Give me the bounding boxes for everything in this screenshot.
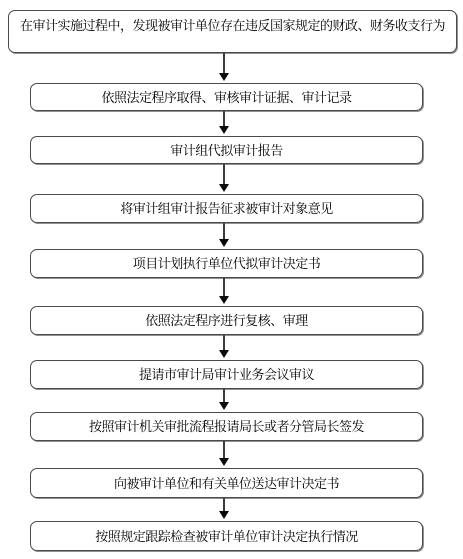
flow-step-2: 依照法定程序取得、审核审计证据、审计记录 <box>30 83 423 111</box>
arrow-line <box>223 111 225 126</box>
flow-step-8-label: 按照审计机关审批流程报请局长或者分管局长签发 <box>89 419 364 434</box>
arrow-line <box>223 53 225 73</box>
arrow-line <box>223 223 225 239</box>
arrow-head-icon <box>219 73 229 81</box>
flow-step-9: 向被审计单位和有关单位送达审计决定书 <box>30 468 423 498</box>
flow-step-7: 提请市审计局审计业务会议审议 <box>30 360 423 389</box>
flow-step-6-label: 依照法定程序进行复核、审理 <box>145 313 308 328</box>
flow-step-1-label: 在审计实施过程中，发现被审计单位存在违反国家规定的财政、财务收支行为 <box>20 18 445 33</box>
flow-step-10: 按照规定跟踪检查被审计单位审计决定执行情况 <box>30 521 423 551</box>
flow-connector-4 <box>218 223 229 247</box>
arrow-head-icon <box>219 511 229 519</box>
flow-step-4-label: 将审计组审计报告征求被审计对象意见 <box>120 201 333 216</box>
flow-connector-3 <box>218 164 229 192</box>
flow-connector-8 <box>218 441 229 466</box>
arrow-head-icon <box>219 402 229 410</box>
arrow-line <box>223 498 225 511</box>
flow-step-5-label: 项目计划执行单位代拟审计决定书 <box>133 256 321 271</box>
flow-connector-1 <box>218 53 229 81</box>
flow-connector-9 <box>218 498 229 519</box>
arrow-line <box>223 335 225 350</box>
arrow-head-icon <box>219 126 229 134</box>
arrow-head-icon <box>219 184 229 192</box>
flow-connector-5 <box>218 278 229 304</box>
flow-step-8: 按照审计机关审批流程报请局长或者分管局长签发 <box>30 412 423 441</box>
arrow-head-icon <box>219 458 229 466</box>
flow-connector-2 <box>218 111 229 134</box>
flow-step-1: 在审计实施过程中，发现被审计单位存在违反国家规定的财政、财务收支行为 <box>8 10 457 53</box>
flow-step-3-label: 审计组代拟审计报告 <box>170 143 283 158</box>
arrow-head-icon <box>219 296 229 304</box>
flow-step-2-label: 依照法定程序取得、审核审计证据、审计记录 <box>101 90 351 105</box>
flow-connector-7 <box>218 389 229 410</box>
flow-step-5: 项目计划执行单位代拟审计决定书 <box>30 249 423 278</box>
arrow-line <box>223 278 225 296</box>
flow-step-7-label: 提请市审计局审计业务会议审议 <box>139 367 314 382</box>
flow-step-3: 审计组代拟审计报告 <box>30 136 423 164</box>
flow-step-9-label: 向被审计单位和有关单位送达审计决定书 <box>114 476 339 491</box>
arrow-head-icon <box>219 350 229 358</box>
flow-step-6: 依照法定程序进行复核、审理 <box>30 306 423 335</box>
arrow-line <box>223 164 225 184</box>
arrow-line <box>223 389 225 402</box>
flow-connector-6 <box>218 335 229 358</box>
arrow-line <box>223 441 225 458</box>
arrow-head-icon <box>219 239 229 247</box>
flow-step-4: 将审计组审计报告征求被审计对象意见 <box>30 194 423 223</box>
audit-process-flowchart: 在审计实施过程中，发现被审计单位存在违反国家规定的财政、财务收支行为 依照法定程… <box>0 0 463 559</box>
flow-step-10-label: 按照规定跟踪检查被审计单位审计决定执行情况 <box>95 529 358 544</box>
